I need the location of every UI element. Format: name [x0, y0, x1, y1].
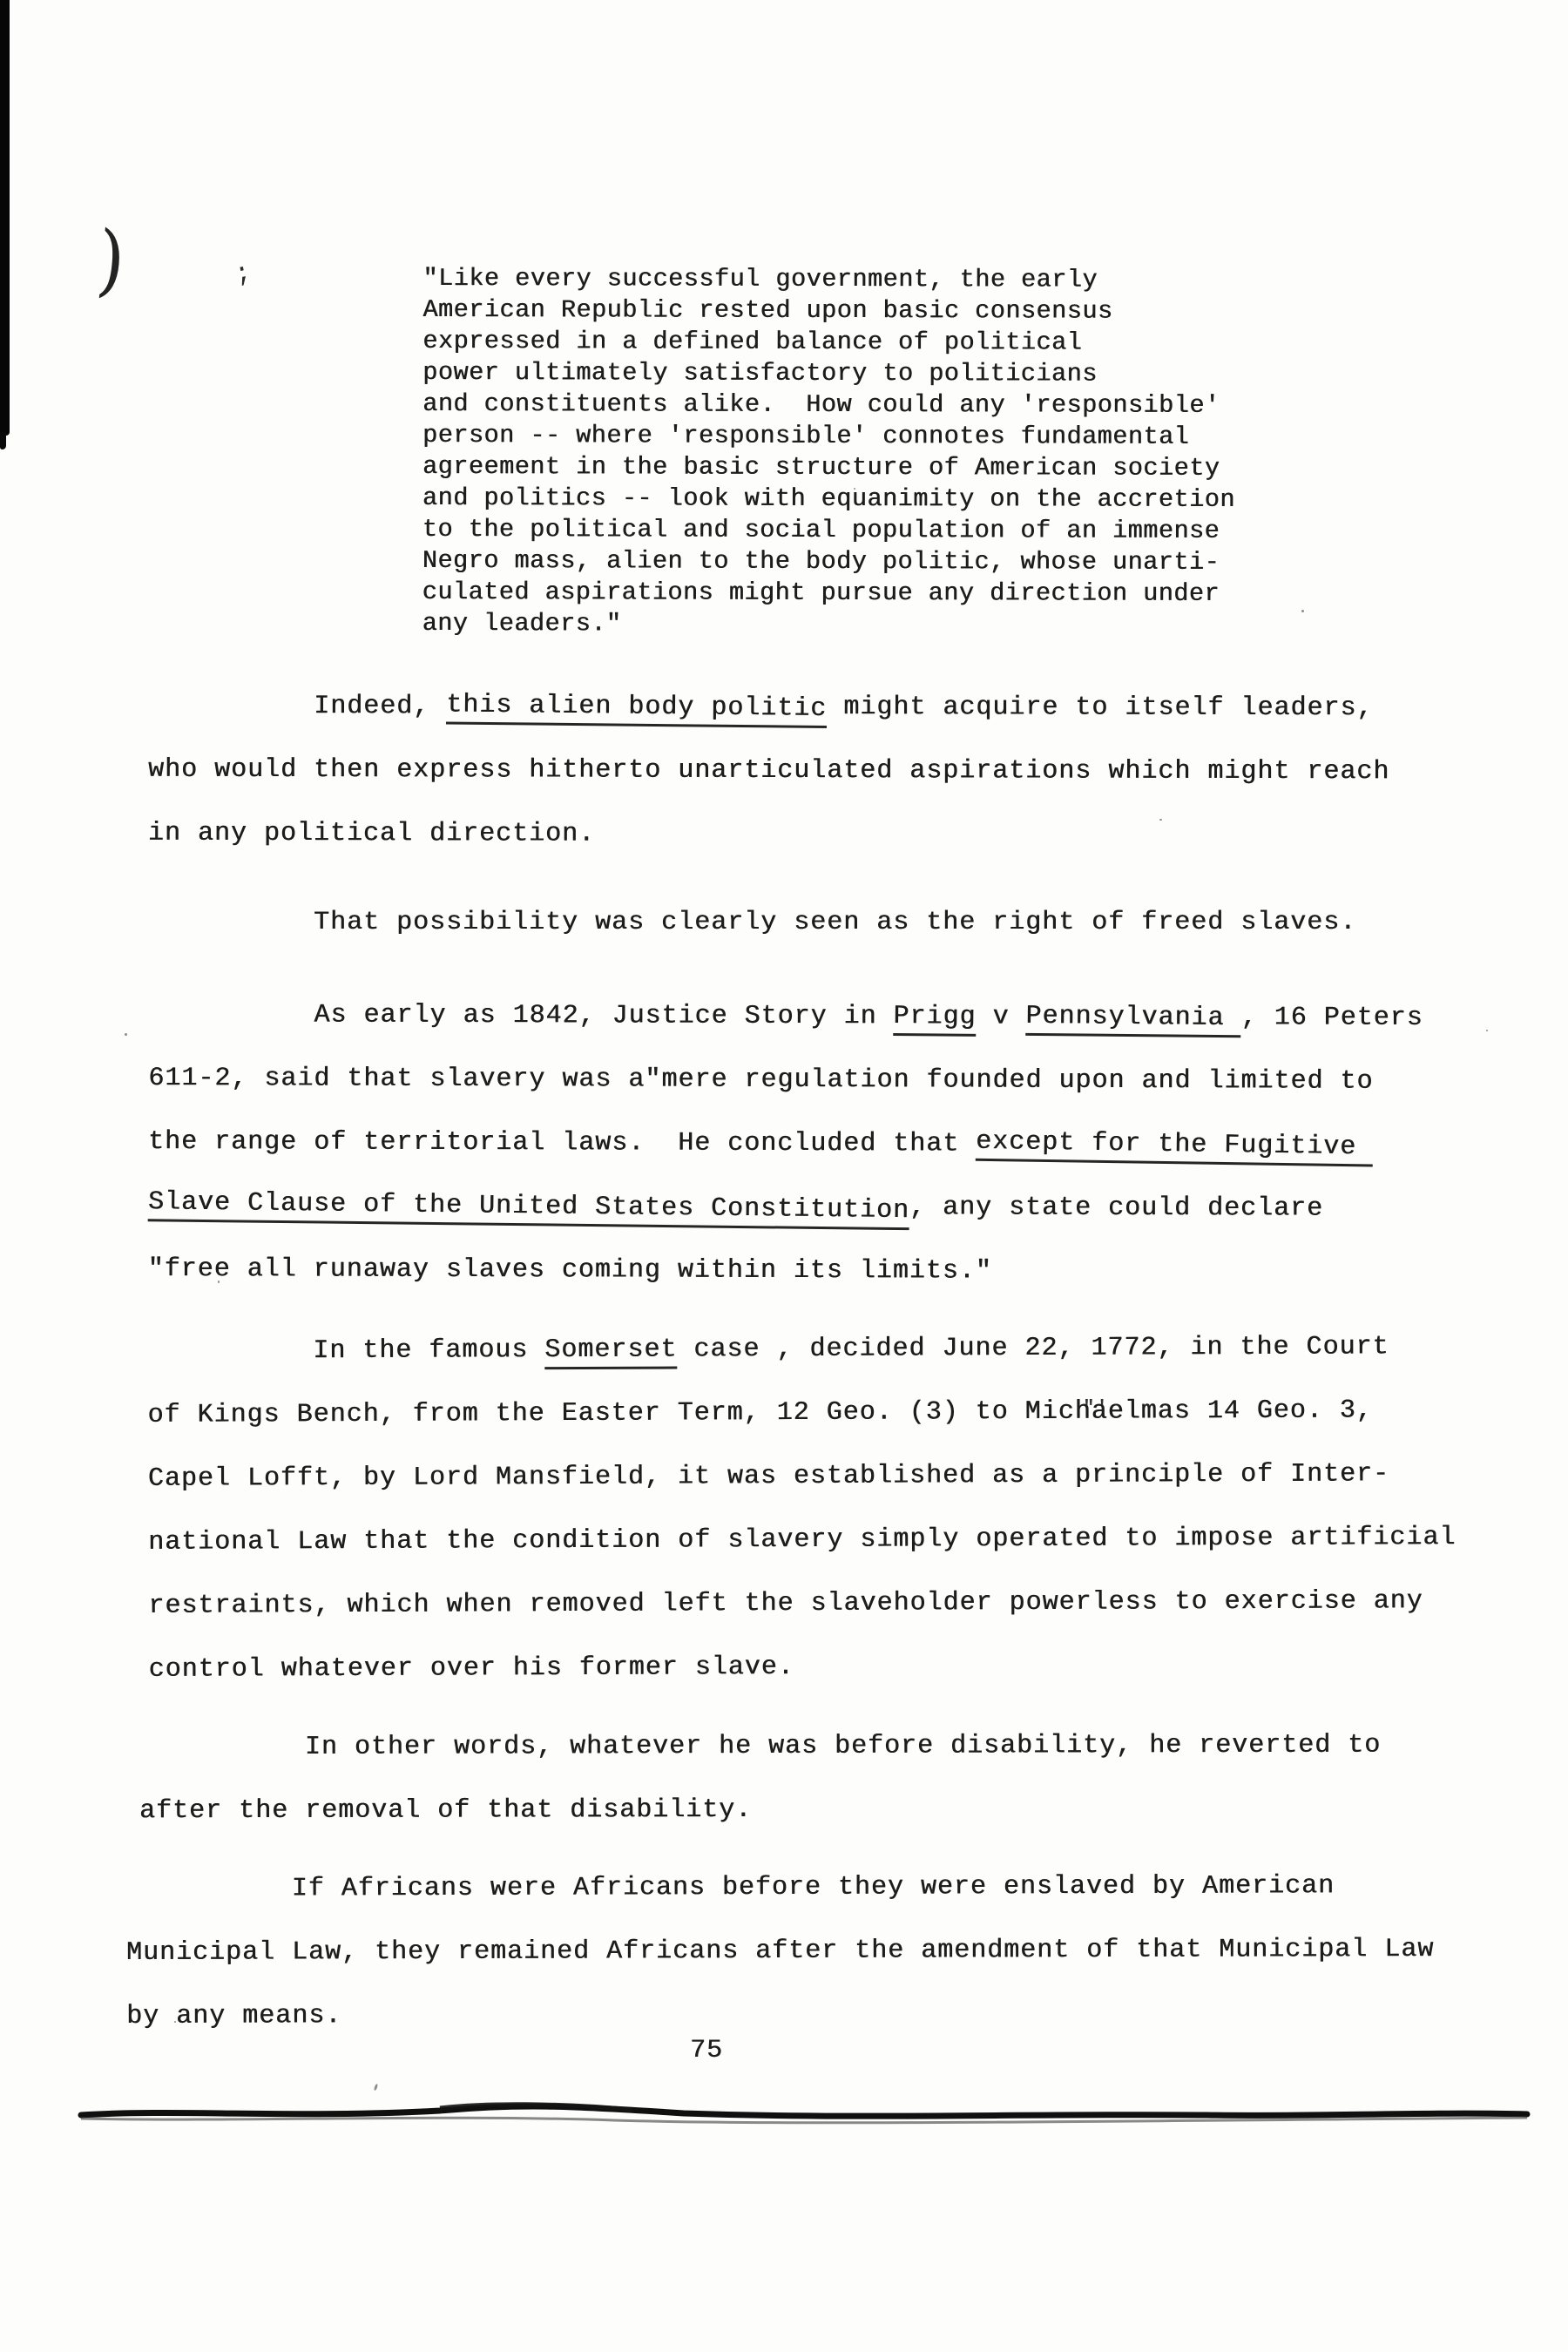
text-segment: by any means.: [126, 2001, 341, 2031]
quote-line: and politics -- look with equanimity on …: [422, 483, 1235, 516]
scan-speckle: [1486, 1030, 1488, 1031]
text-line: the range of territorial laws. He conclu…: [148, 1127, 1423, 1194]
quote-line: agreement in the basic structure of Amer…: [422, 451, 1235, 484]
underlined-text: Slave Clause of the United States Consti…: [148, 1187, 910, 1230]
scanned-document-page: ) ; "' "Like every successful government…: [0, 0, 1568, 2352]
paragraph-1: Indeed, this alien body politic might ac…: [148, 692, 1390, 884]
text-segment: That possibility was clearly seen as the…: [314, 908, 1356, 937]
text-segment: case , decided June 22, 1772, in the Cou…: [677, 1332, 1389, 1364]
quote-line: person -- where 'responsible' connotes f…: [422, 420, 1235, 453]
scan-speckle: [1159, 819, 1162, 821]
quote-line: power ultimately satisfactory to politic…: [422, 357, 1235, 390]
text-line: by any means.: [126, 1998, 1434, 2065]
paragraph-3: As early as 1842, Justice Story in Prigg…: [148, 1000, 1423, 1321]
text-line: of Kings Bench, from the Easter Term, 12…: [147, 1396, 1456, 1464]
paragraph-6: If Africans were Africans before they we…: [126, 1871, 1435, 2065]
scan-speckle: [125, 1033, 127, 1036]
quote-line: Negro mass, alien to the body politic, w…: [422, 545, 1235, 578]
text-segment: restraints, which when removed left the …: [148, 1586, 1423, 1621]
text-segment: If Africans were Africans before they we…: [292, 1871, 1335, 1903]
underlined-text: Prigg: [893, 1002, 976, 1037]
handwritten-paren-mark: ): [94, 213, 129, 306]
scan-speckle: [174, 2021, 176, 2023]
underlined-text: this alien body politic: [446, 690, 827, 728]
scan-artifact-left-bar: [0, 0, 10, 436]
page-number: 75: [690, 2036, 723, 2065]
text-segment: after the removal of that disability.: [139, 1795, 752, 1826]
text-line: Indeed, this alien body politic might ac…: [148, 692, 1389, 757]
scan-artifact-left-bar-tail: [0, 432, 6, 449]
text-line: In other words, whatever he was before d…: [139, 1731, 1381, 1796]
text-segment: As early as 1842, Justice Story in: [314, 1001, 893, 1032]
stray-pen-mark: ;: [233, 258, 254, 290]
scan-speckle: [1301, 610, 1304, 612]
text-segment: who would then express hitherto unarticu…: [148, 755, 1389, 787]
text-line: 611-2, said that slavery was a"mere regu…: [148, 1064, 1423, 1131]
paragraph-5: In other words, whatever he was before d…: [139, 1731, 1381, 1860]
scan-speckle: [854, 488, 855, 490]
text-line: In the famous Somerset case , decided Ju…: [147, 1332, 1456, 1401]
text-line: Slave Clause of the United States Consti…: [148, 1191, 1423, 1258]
text-segment: might acquire to itself leaders,: [827, 693, 1373, 723]
text-segment: control whatever over his former slave.: [149, 1652, 794, 1685]
text-segment: of Kings Bench, from the Easter Term, 12…: [147, 1396, 1372, 1429]
scan-speckle: [374, 2084, 379, 2092]
quote-line: expressed in a defined balance of politi…: [422, 326, 1235, 359]
text-line: Municipal Law, they remained Africans af…: [126, 1935, 1434, 2002]
text-line: after the removal of that disability.: [139, 1794, 1381, 1860]
text-segment: In other words, whatever he was before d…: [305, 1731, 1381, 1762]
quote-line: American Republic rested upon basic cons…: [422, 294, 1235, 328]
scan-speckle: [218, 1281, 220, 1283]
block-quote: "Like every successful government, the e…: [422, 263, 1236, 641]
text-line: who would then express hitherto unarticu…: [148, 755, 1389, 821]
text-line: in any political direction.: [148, 819, 1389, 884]
scan-edge-line: [74, 2092, 1555, 2132]
text-segment: "free all runaway slaves coming within i…: [148, 1254, 992, 1287]
quote-line: any leaders.": [422, 608, 1235, 641]
text-line: national Law that the condition of slave…: [148, 1523, 1456, 1592]
text-segment: , any state could declare: [909, 1193, 1323, 1223]
text-segment: in any political direction.: [148, 819, 595, 849]
text-line: Capel Lofft, by Lord Mansfield, it was e…: [148, 1459, 1456, 1528]
text-line: control whatever over his former slave.: [149, 1650, 1457, 1719]
text-segment: 611-2, said that slavery was a"mere regu…: [148, 1064, 1373, 1097]
text-line: If Africans were Africans before they we…: [126, 1871, 1434, 1938]
text-segment: In the famous: [313, 1335, 544, 1366]
text-segment: Municipal Law, they remained Africans af…: [126, 1935, 1434, 1968]
underlined-text: Pennsylvania: [1025, 1002, 1240, 1037]
quote-line: "Like every successful government, the e…: [422, 263, 1235, 296]
text-line: restraints, which when removed left the …: [148, 1586, 1456, 1655]
text-segment: v: [977, 1003, 1026, 1032]
text-segment: the range of territorial laws. He conclu…: [148, 1127, 976, 1159]
underlined-text: Somerset: [544, 1335, 677, 1370]
text-line: As early as 1842, Justice Story in Prigg…: [148, 1000, 1423, 1067]
text-segment: Indeed,: [314, 692, 446, 721]
text-segment: Capel Lofft, by Lord Mansfield, it was e…: [148, 1459, 1389, 1493]
paragraph-2: That possibility was clearly seen as the…: [148, 908, 1356, 971]
text-line: "free all runaway slaves coming within i…: [148, 1254, 1423, 1321]
underlined-text: except for the Fugitive: [976, 1127, 1374, 1167]
quote-line: culated aspirations might pursue any dir…: [422, 577, 1235, 610]
text-segment: national Law that the condition of slave…: [148, 1523, 1456, 1558]
quote-line: and constituents alike. How could any 'r…: [422, 389, 1235, 422]
quote-line: to the political and social population o…: [422, 514, 1235, 547]
paragraph-4: In the famous Somerset case , decided Ju…: [147, 1332, 1456, 1719]
text-line: That possibility was clearly seen as the…: [148, 908, 1356, 971]
text-segment: , 16 Peters: [1241, 1003, 1423, 1033]
